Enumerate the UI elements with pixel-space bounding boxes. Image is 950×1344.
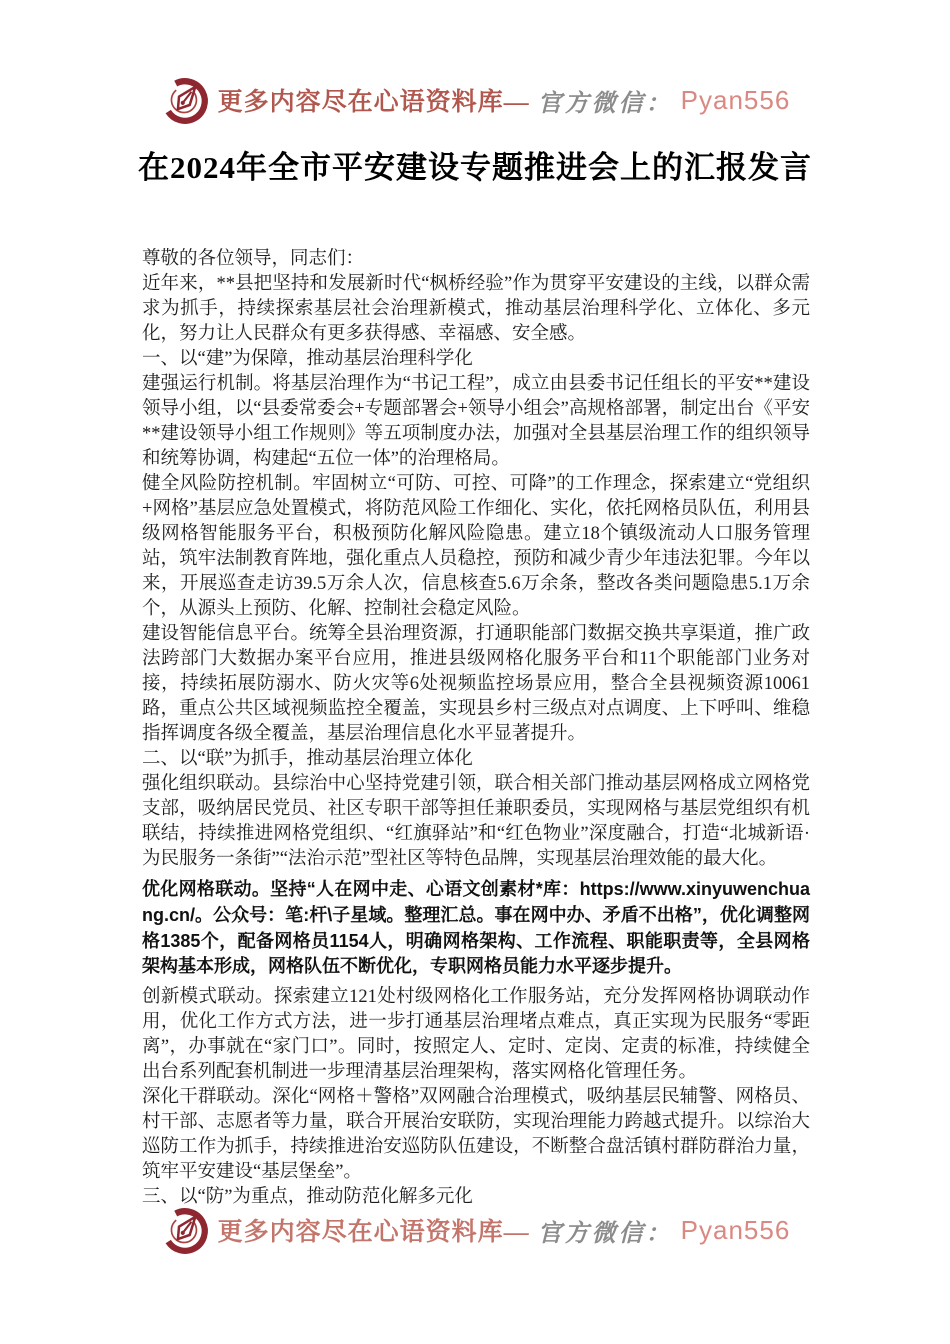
footer-watermark: 更多内容尽在心语资料库—官方微信：Pyan556: [0, 1204, 950, 1256]
paragraph: 创新模式联动。探索建立121处村级网格化工作服务站，充分发挥网格协调联动作用，优…: [142, 985, 810, 1085]
paragraph: 建设智能信息平台。统筹全县治理资源，打通职能部门数据交换共享渠道，推广政法跨部门…: [142, 622, 810, 747]
document-page: 更多内容尽在心语资料库—官方微信：Pyan556 在2024年全市平安建设专题推…: [0, 0, 950, 1344]
document-body: 尊敬的各位领导，同志们：近年来，**县把坚持和发展新时代“枫桥经验”作为贯穿平安…: [142, 247, 810, 1210]
watermark-wechat-id: Pyan556: [681, 1215, 791, 1246]
watermark-wechat-id: Pyan556: [681, 85, 791, 116]
pen-logo-icon: [160, 1204, 210, 1256]
paragraph: 尊敬的各位领导，同志们：: [142, 247, 810, 272]
paragraph: 深化干群联动。深化“网格＋警格”双网融合治理模式，吸纳基层民辅警、网格员、村干部…: [142, 1085, 810, 1185]
section-heading: 一、以“建”为保障，推动基层治理科学化: [142, 347, 810, 372]
watermark-brand-text: 更多内容尽在心语资料库—: [218, 1212, 530, 1248]
paragraph: 强化组织联动。县综治中心坚持党建引领，联合相关部门推动基层网格成立网格党支部，吸…: [142, 772, 810, 872]
watermark-wechat-label: 官方微信：: [538, 83, 673, 118]
paragraph: 建强运行机制。将基层治理作为“书记工程”，成立由县委书记任组长的平安**建设领导…: [142, 372, 810, 472]
watermark-wechat-label: 官方微信：: [538, 1213, 673, 1248]
header-watermark: 更多内容尽在心语资料库—官方微信：Pyan556: [0, 74, 950, 126]
section-heading: 二、以“联”为抓手，推动基层治理立体化: [142, 747, 810, 772]
paragraph: 近年来，**县把坚持和发展新时代“枫桥经验”作为贯穿平安建设的主线，以群众需求为…: [142, 272, 810, 347]
pen-logo-icon: [160, 74, 210, 126]
document-title: 在2024年全市平安建设专题推进会上的汇报发言: [0, 142, 950, 187]
paragraph: 优化网格联动。坚持“人在网中走、心语文创素材*库：https://www.xin…: [142, 877, 810, 980]
paragraph: 健全风险防控机制。牢固树立“可防、可控、可降”的工作理念，探索建立“党组织+网格…: [142, 472, 810, 622]
watermark-brand-text: 更多内容尽在心语资料库—: [218, 82, 530, 118]
